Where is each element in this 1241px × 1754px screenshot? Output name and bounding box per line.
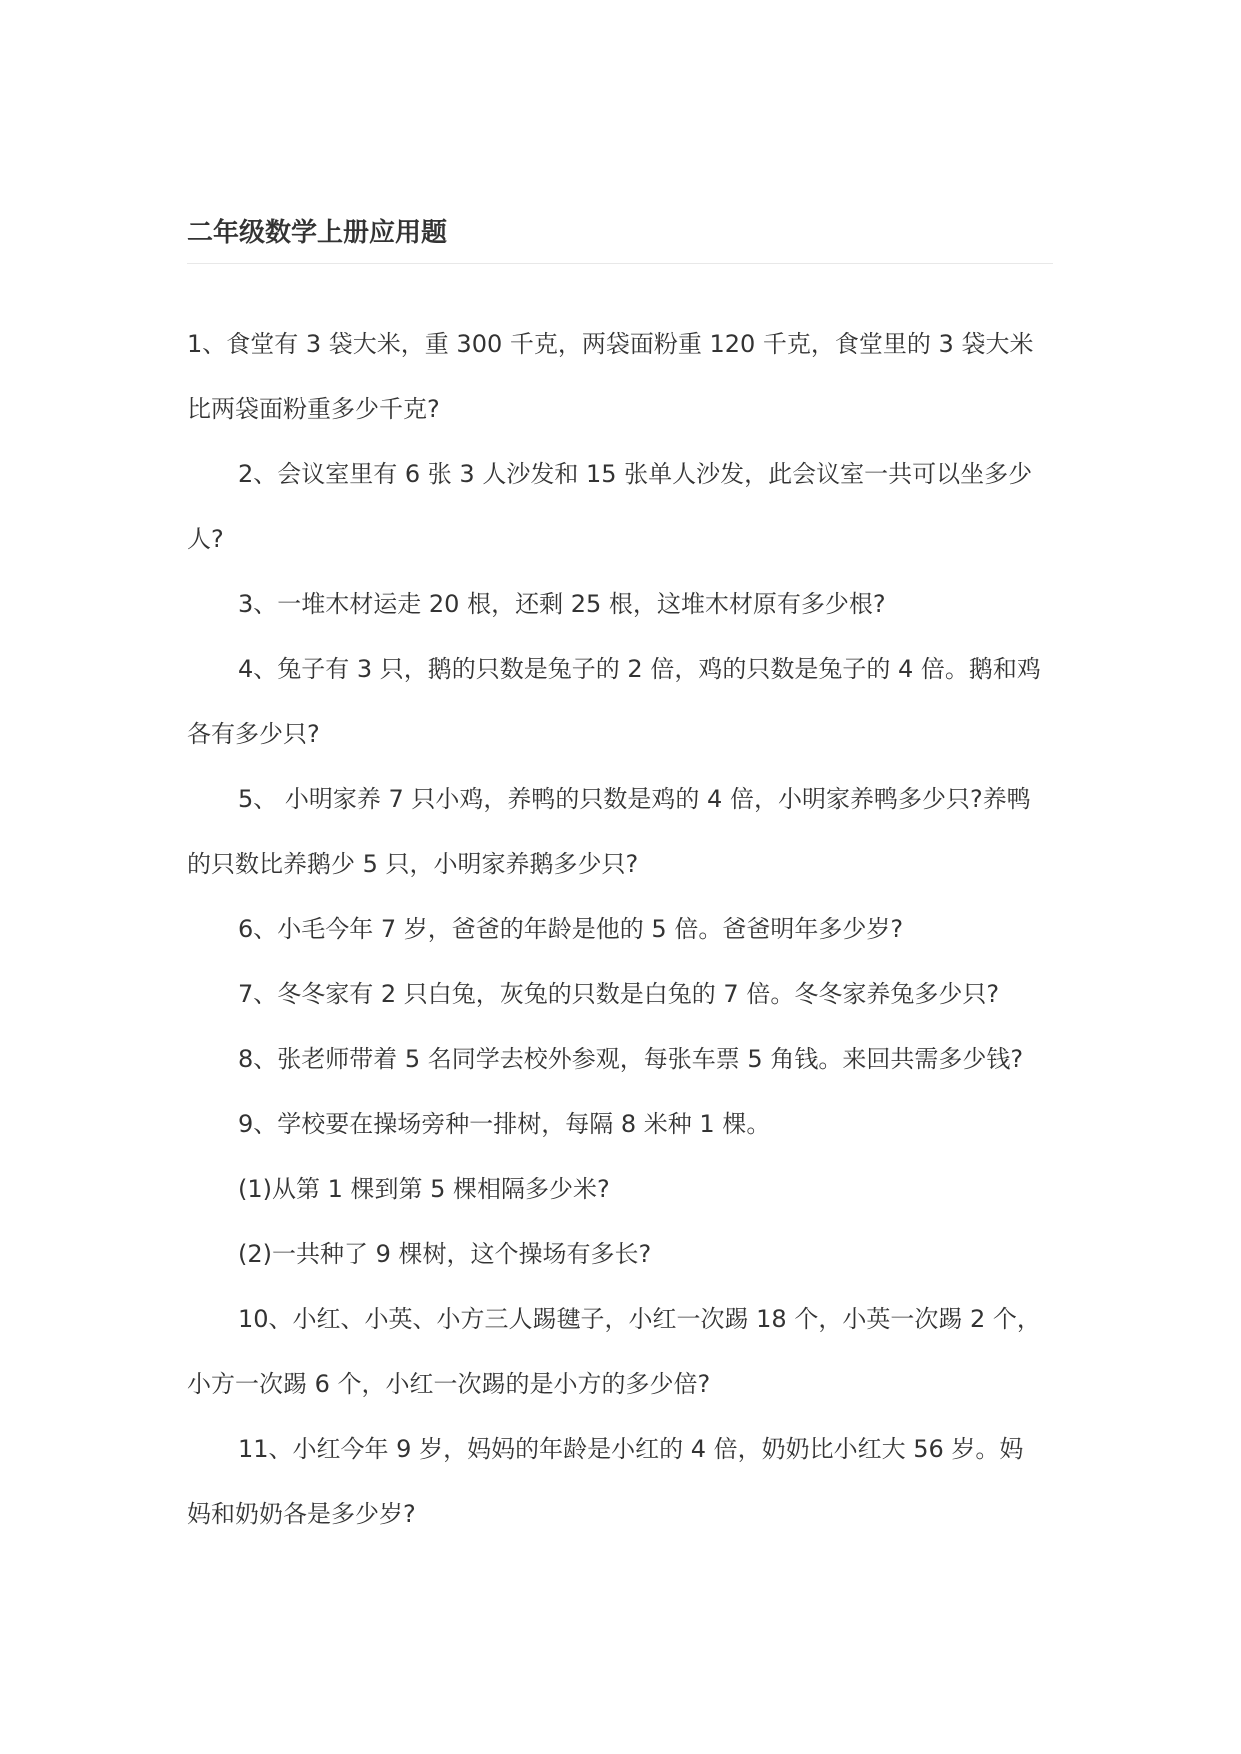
problem-line: 10、小红、小英、小方三人踢毽子，小红一次踢 18 个，小英一次踢 2 个， <box>238 1303 1041 1335</box>
problem-line: 的只数比养鹅少 5 只，小明家养鹅多少只? <box>187 848 638 880</box>
problem-line: 小方一次踢 6 个，小红一次踢的是小方的多少倍? <box>187 1368 710 1400</box>
problem-line: 妈和奶奶各是多少岁? <box>187 1498 416 1530</box>
problem-line: 6、小毛今年 7 岁，爸爸的年龄是他的 5 倍。爸爸明年多少岁? <box>238 913 903 945</box>
problem-line: 人? <box>187 523 224 555</box>
document-title: 二年级数学上册应用题 <box>187 212 447 249</box>
problem-line: 8、张老师带着 5 名同学去校外参观，每张车票 5 角钱。来回共需多少钱? <box>238 1043 1023 1075</box>
problem-line: (1)从第 1 棵到第 5 棵相隔多少米? <box>238 1173 610 1205</box>
title-divider <box>187 263 1053 264</box>
problem-line: 1、食堂有 3 袋大米，重 300 千克，两袋面粉重 120 千克，食堂里的 3… <box>187 328 1033 360</box>
problem-line: 5、 小明家养 7 只小鸡，养鸭的只数是鸡的 4 倍，小明家养鸭多少只?养鸭 <box>238 783 1031 815</box>
problem-line: 7、冬冬家有 2 只白兔，灰兔的只数是白兔的 7 倍。冬冬家养兔多少只? <box>238 978 999 1010</box>
problem-line: 9、学校要在操场旁种一排树，每隔 8 米种 1 棵。 <box>238 1108 770 1140</box>
problem-line: 2、会议室里有 6 张 3 人沙发和 15 张单人沙发，此会议室一共可以坐多少 <box>238 458 1032 490</box>
problem-line: 各有多少只? <box>187 718 320 750</box>
problem-line: (2)一共种了 9 棵树，这个操场有多长? <box>238 1238 651 1270</box>
problem-line: 11、小红今年 9 岁，妈妈的年龄是小红的 4 倍，奶奶比小红大 56 岁。妈 <box>238 1433 1023 1465</box>
problem-line: 比两袋面粉重多少千克? <box>187 393 440 425</box>
problem-line: 4、兔子有 3 只，鹅的只数是兔子的 2 倍，鸡的只数是兔子的 4 倍。鹅和鸡 <box>238 653 1041 685</box>
problem-line: 3、一堆木材运走 20 根，还剩 25 根，这堆木材原有多少根? <box>238 588 886 620</box>
